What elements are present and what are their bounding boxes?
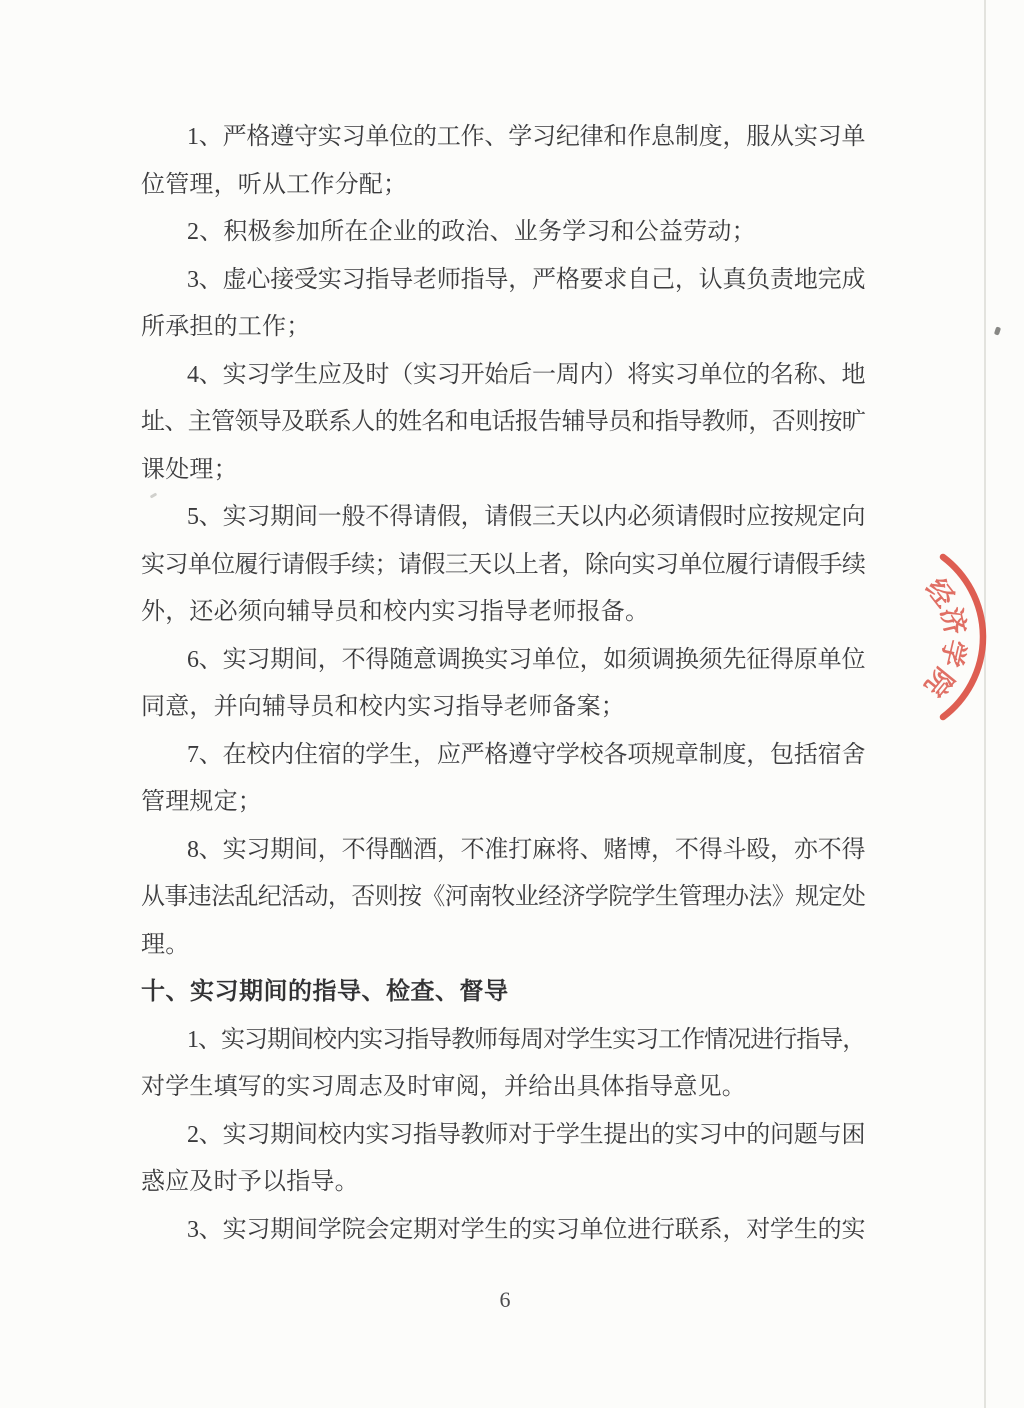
seal-char: 院 [919, 662, 959, 702]
text-line: 同意，并向辅导员和校内实习指导老师备案； [141, 684, 865, 732]
text-line: 3、虚心接受实习指导老师指导，严格要求自己，认真负责地完成 [141, 257, 865, 305]
text-line: 2、积极参加所在企业的政治、业务学习和公益劳动； [141, 209, 865, 257]
seal-char: 学 [935, 636, 970, 669]
scan-speck [994, 326, 1001, 335]
text-line: 6、实习期间，不得随意调换实习单位，如须调换须先征得原单位 [141, 637, 865, 685]
text-line: 理。 [141, 922, 865, 970]
seal-char: 济 [935, 604, 971, 637]
document-text-block: 1、严格遵守实习单位的工作、学习纪律和作息制度，服从实习单位管理，听从工作分配；… [141, 114, 865, 1254]
section-heading: 十、实习期间的指导、检查、督导 [141, 969, 865, 1017]
scanned-document-page: 1、严格遵守实习单位的工作、学习纪律和作息制度，服从实习单位管理，听从工作分配；… [0, 0, 1024, 1408]
official-red-seal-partial: 经 济 学 院 [830, 487, 1024, 787]
text-line: 外，还必须向辅导员和校内实习指导老师报备。 [141, 589, 865, 637]
text-line: 址、主管领导及联系人的姓名和电话报告辅导员和指导教师，否则按旷 [141, 399, 865, 447]
text-line: 1、实习期间校内实习指导教师每周对学生实习工作情况进行指导， [141, 1017, 865, 1065]
text-line: 管理规定； [141, 779, 865, 827]
text-line: 实习单位履行请假手续；请假三天以上者，除向实习单位履行请假手续 [141, 542, 865, 590]
text-line: 课处理； [141, 447, 865, 495]
text-line: 2、实习期间校内实习指导教师对于学生提出的实习中的问题与困 [141, 1112, 865, 1160]
text-line: 对学生填写的实习周志及时审阅，并给出具体指导意见。 [141, 1064, 865, 1112]
text-line: 位管理，听从工作分配； [141, 162, 865, 210]
text-line: 4、实习学生应及时（实习开始后一周内）将实习单位的名称、地 [141, 352, 865, 400]
text-line: 所承担的工作； [141, 304, 865, 352]
text-line: 从事违法乱纪活动，否则按《河南牧业经济学院学生管理办法》规定处 [141, 874, 865, 922]
text-line: 5、实习期间一般不得请假，请假三天以内必须请假时应按规定向 [141, 494, 865, 542]
text-line: 8、实习期间，不得酗酒，不准打麻将、赌博，不得斗殴，亦不得 [141, 827, 865, 875]
page-number: 6 [0, 1287, 1010, 1313]
text-line: 1、严格遵守实习单位的工作、学习纪律和作息制度，服从实习单 [141, 114, 865, 162]
text-line: 惑应及时予以指导。 [141, 1159, 865, 1207]
text-line: 3、实习期间学院会定期对学生的实习单位进行联系，对学生的实 [141, 1207, 865, 1255]
text-line: 7、在校内住宿的学生，应严格遵守学校各项规章制度，包括宿舍 [141, 732, 865, 780]
